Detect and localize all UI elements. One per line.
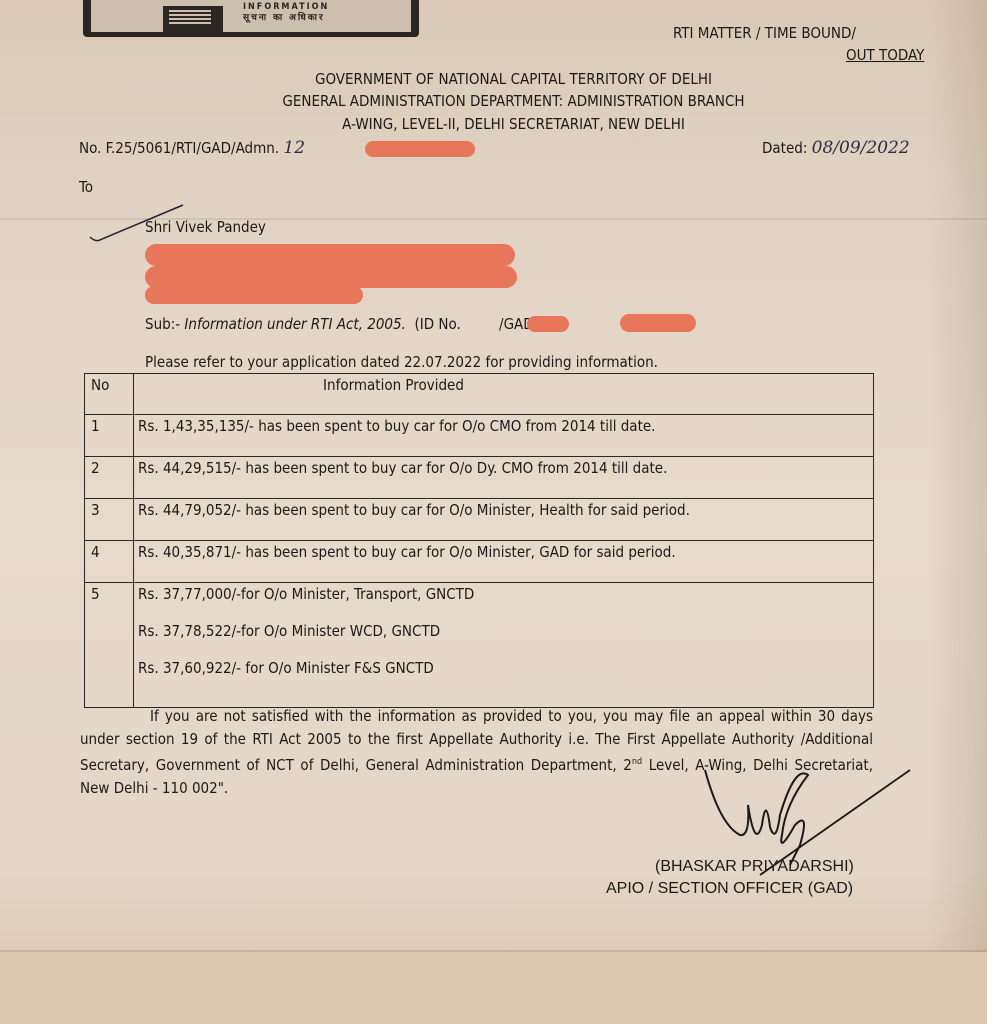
column-header-info: Information Provided bbox=[134, 374, 874, 415]
table-row: 2Rs. 44,29,515/- has been spent to buy c… bbox=[85, 457, 874, 499]
document-icon bbox=[163, 6, 223, 32]
info-line: Rs. 40,35,871/- has been spent to buy ca… bbox=[138, 543, 676, 561]
table-row: 1Rs. 1,43,35,135/- has been spent to buy… bbox=[85, 415, 874, 457]
row-information: Rs. 44,29,515/- has been spent to buy ca… bbox=[134, 457, 874, 499]
info-line: Rs. 37,77,000/-for O/o Minister, Transpo… bbox=[138, 585, 869, 603]
intro-line: Please refer to your application dated 2… bbox=[145, 353, 658, 371]
header-department: GENERAL ADMINISTRATION DEPARTMENT: ADMIN… bbox=[0, 92, 987, 110]
row-number: 1 bbox=[85, 415, 134, 457]
rti-matter-tag: RTI MATTER / TIME BOUND/ bbox=[673, 24, 856, 42]
table-row: 3Rs. 44,79,052/- has been spent to buy c… bbox=[85, 499, 874, 541]
reference-handwritten: 12 bbox=[283, 138, 305, 158]
info-line: Rs. 1,43,35,135/- has been spent to buy … bbox=[138, 417, 655, 435]
info-line: Rs. 44,79,052/- has been spent to buy ca… bbox=[138, 501, 690, 519]
info-line: Rs. 44,29,515/- has been spent to buy ca… bbox=[138, 459, 667, 477]
table-row: 4Rs. 40,35,871/- has been spent to buy c… bbox=[85, 541, 874, 583]
rti-logo: INFORMATION सूचना का अधिकार bbox=[83, 0, 419, 37]
paper-shadow bbox=[927, 0, 987, 1024]
header-address: A-WING, LEVEL-II, DELHI SECRETARIAT, NEW… bbox=[0, 115, 987, 133]
redaction-mark bbox=[527, 316, 569, 332]
table-row: 5Rs. 37,77,000/-for O/o Minister, Transp… bbox=[85, 583, 874, 708]
redaction-mark bbox=[145, 286, 363, 304]
table-header-row: No Information Provided bbox=[85, 374, 874, 415]
dated-field: Dated: 08/09/2022 bbox=[762, 138, 910, 158]
redaction-mark bbox=[145, 244, 515, 266]
row-information: Rs. 37,77,000/-for O/o Minister, Transpo… bbox=[134, 583, 874, 708]
redaction-mark bbox=[365, 141, 475, 157]
row-number: 4 bbox=[85, 541, 134, 583]
header-government: GOVERNMENT OF NATIONAL CAPITAL TERRITORY… bbox=[0, 70, 987, 88]
dated-value: 08/09/2022 bbox=[812, 138, 910, 158]
row-information: Rs. 40,35,871/- has been spent to buy ca… bbox=[134, 541, 874, 583]
addressee-name: Shri Vivek Pandey bbox=[145, 218, 266, 236]
row-information: Rs. 44,79,052/- has been spent to buy ca… bbox=[134, 499, 874, 541]
info-line: Rs. 37,60,922/- for O/o Minister F&S GNC… bbox=[138, 659, 869, 677]
to-label: To bbox=[79, 178, 93, 196]
info-line: Rs. 37,78,522/-for O/o Minister WCD, GNC… bbox=[138, 622, 869, 640]
redaction-mark bbox=[620, 314, 696, 332]
row-number: 2 bbox=[85, 457, 134, 499]
subject-line: Sub:- Information under RTI Act, 2005. (… bbox=[145, 315, 538, 333]
row-number: 3 bbox=[85, 499, 134, 541]
row-information: Rs. 1,43,35,135/- has been spent to buy … bbox=[134, 415, 874, 457]
column-header-no: No bbox=[85, 374, 134, 415]
envelope-flap bbox=[0, 952, 987, 1024]
reference-number: No. F.25/5061/RTI/GAD/Admn. 12 bbox=[79, 138, 305, 158]
signatory-designation: APIO / SECTION OFFICER (GAD) bbox=[606, 880, 853, 898]
information-table: No Information Provided 1Rs. 1,43,35,135… bbox=[84, 373, 874, 708]
signatory-name: (BHASKAR PRIYADARSHI) bbox=[655, 858, 854, 876]
out-today-tag: OUT TODAY bbox=[846, 46, 924, 64]
paper-fold-bottom bbox=[0, 950, 987, 952]
row-number: 5 bbox=[85, 583, 134, 708]
redaction-mark bbox=[145, 266, 517, 288]
